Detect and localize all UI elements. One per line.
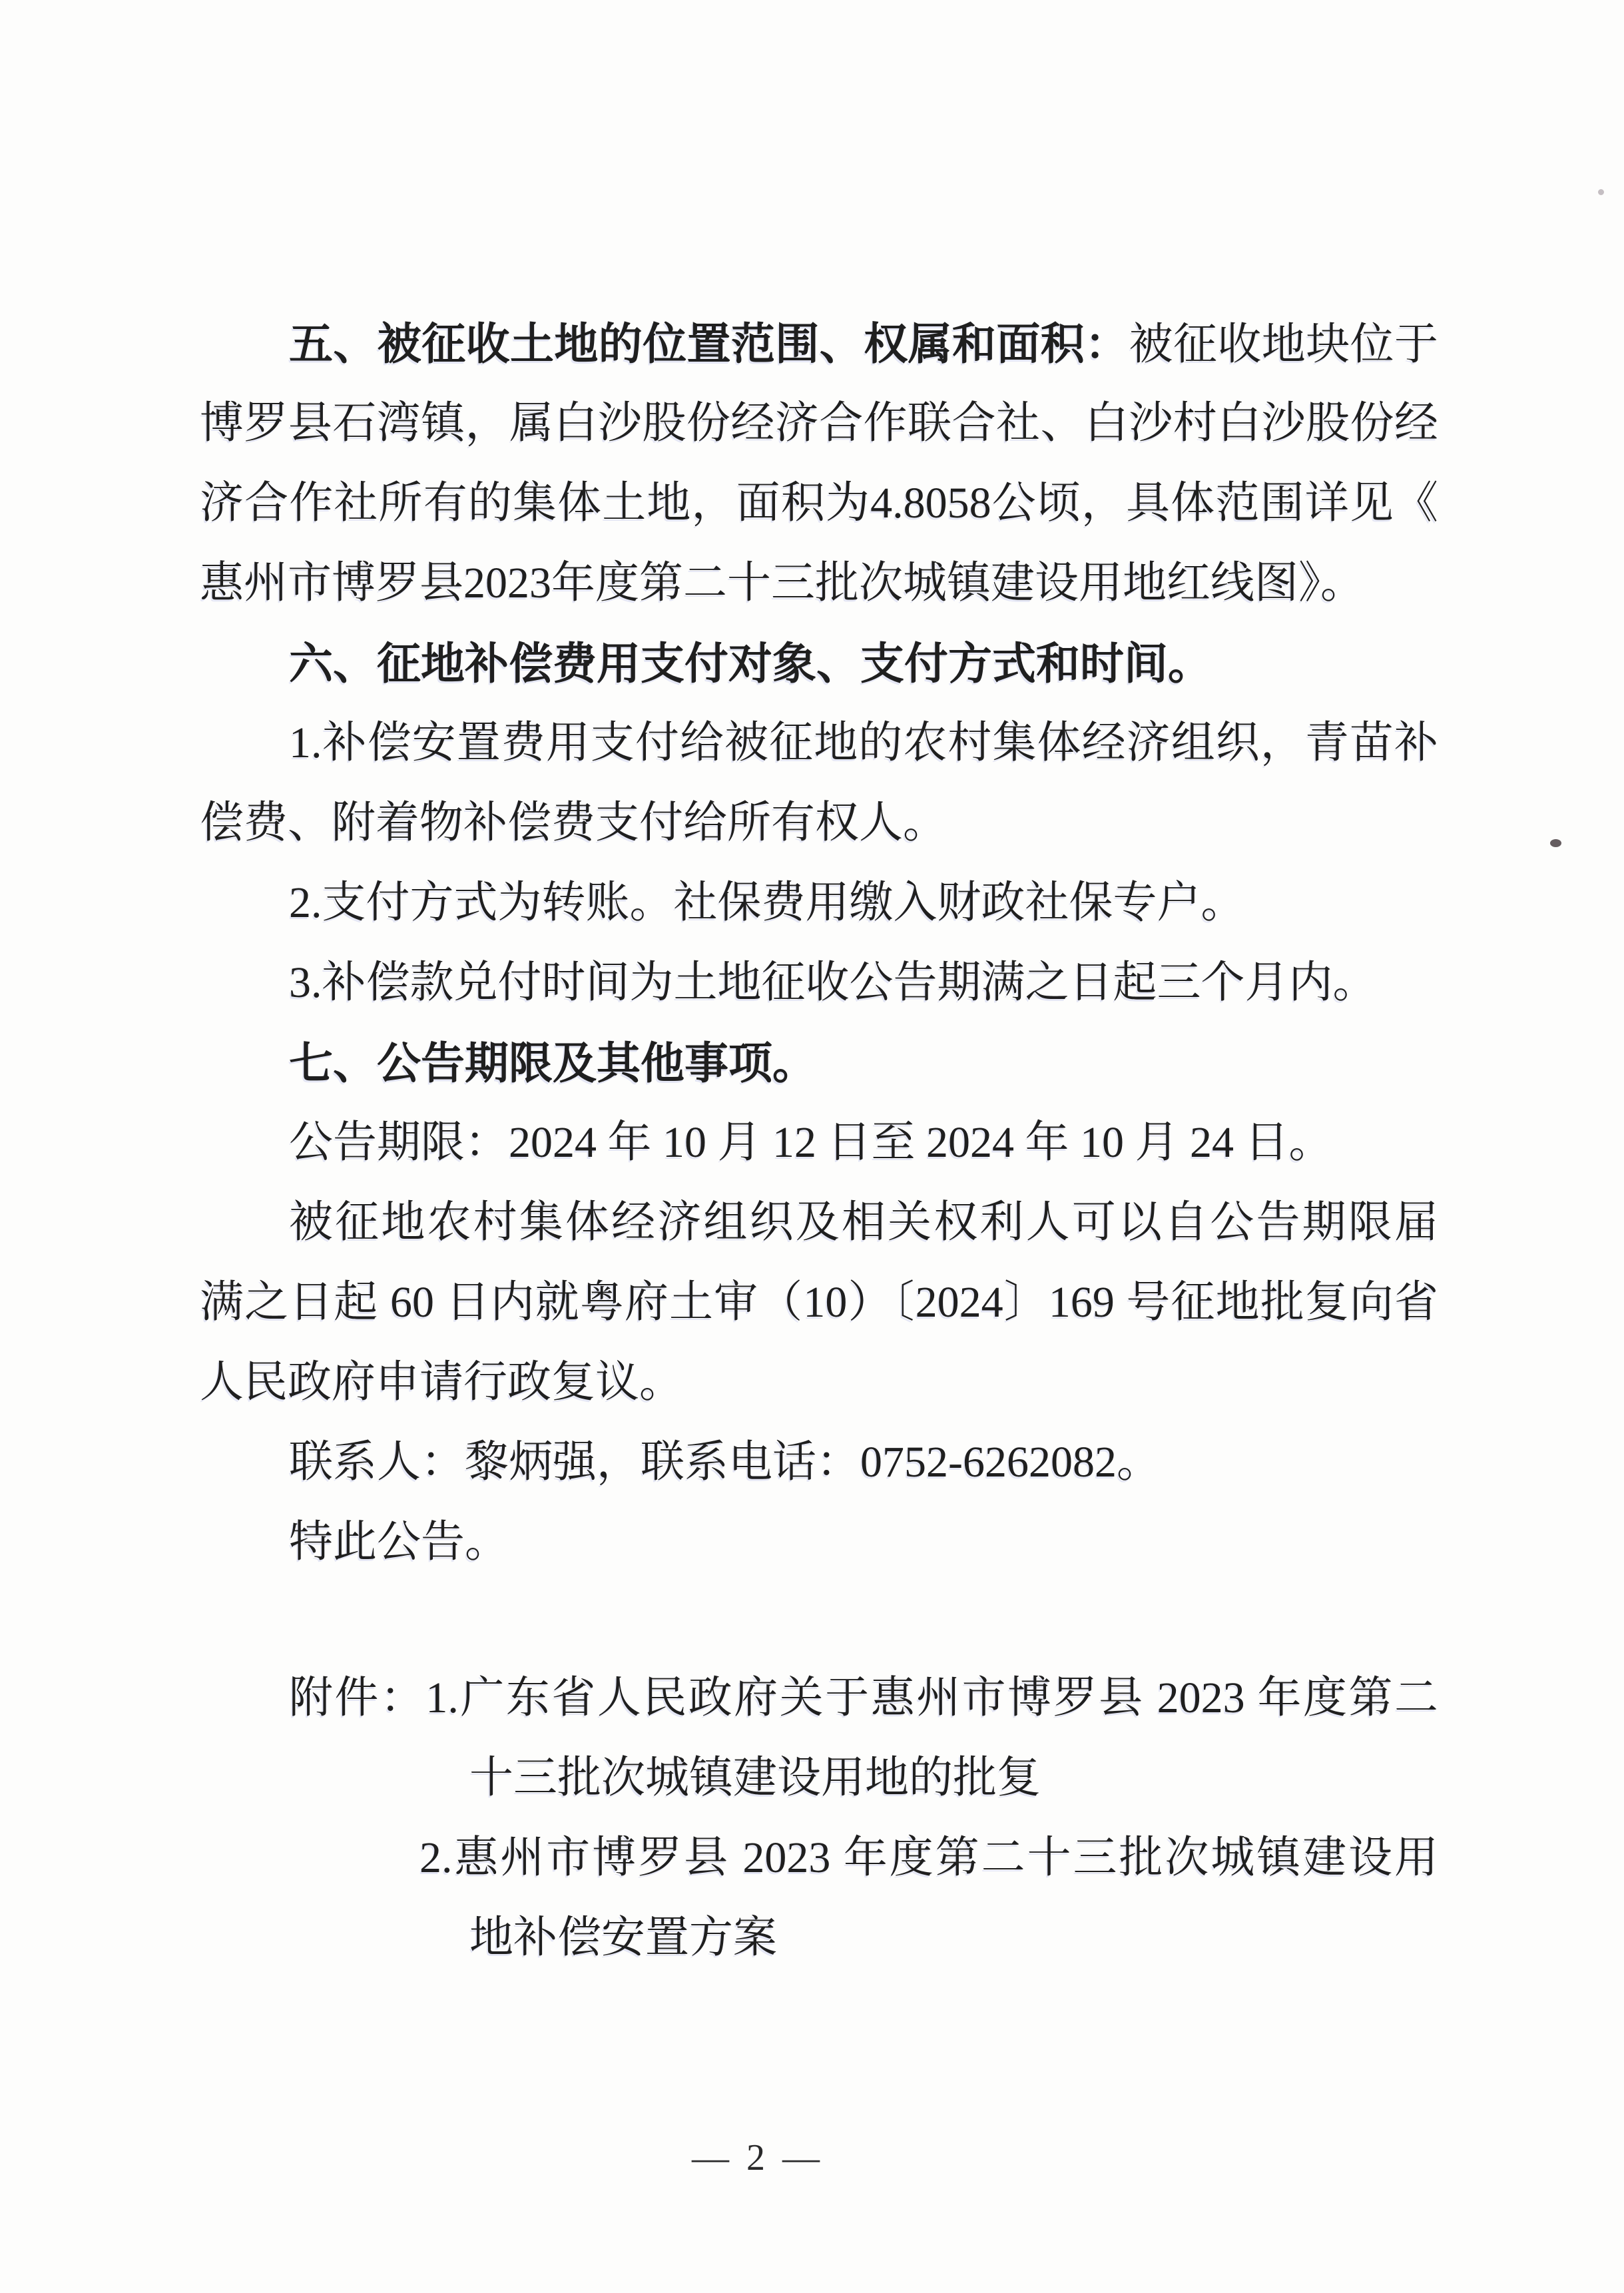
closing-line: 特此公告。: [200, 1502, 1438, 1582]
body-line-item-1: 1.补偿安置费用支付给被征地的农村集体经济组织，青苗补: [200, 703, 1438, 783]
body-line: 济合作社所有的集体土地，面积为4.8058公顷，具体范围详见《: [200, 464, 1438, 543]
section-5-body-start: 被征收地块位于: [1129, 320, 1438, 369]
body-line: 惠州市博罗县2023年度第二十三批次城镇建设用地红线图》。: [200, 543, 1438, 623]
section-7-heading-line: 七、公告期限及其他事项。: [200, 1023, 1438, 1103]
body-line-item-3: 3.补偿款兑付时间为土地征收公告期满之日起三个月内。: [200, 943, 1438, 1023]
page-number: — 2 —: [625, 2136, 891, 2179]
scan-speck: [1598, 189, 1604, 195]
document-page: 五、被征收土地的位置范围、权属和面积：被征收地块位于 博罗县石湾镇，属白沙股份经…: [0, 0, 1624, 2293]
contact-line: 联系人：黎炳强，联系电话：0752-6262082。: [200, 1423, 1438, 1502]
body-line: 被征地农村集体经济组织及相关权利人可以自公告期限届: [200, 1183, 1438, 1263]
notice-period-line: 公告期限：2024 年 10 月 12 日至 2024 年 10 月 24 日。: [200, 1103, 1438, 1183]
section-6-title: 六、征地补偿费用支付对象、支付方式和时间。: [289, 639, 1212, 688]
scan-speck: [1550, 839, 1561, 847]
attachments-block: 附件：1.广东省人民政府关于惠州市博罗县 2023 年度第二 十三批次城镇建设用…: [200, 1658, 1438, 1978]
attachment-1-continued: 十三批次城镇建设用地的批复: [200, 1738, 1438, 1818]
body-line-item-2: 2.支付方式为转账。社保费用缴入财政社保专户。: [200, 863, 1438, 943]
body-line: 偿费、附着物补偿费支付给所有权人。: [200, 783, 1438, 863]
body-line: 人民政府申请行政复议。: [200, 1343, 1438, 1423]
attachment-2-line: 2.惠州市博罗县 2023 年度第二十三批次城镇建设用: [200, 1818, 1438, 1898]
document-body: 五、被征收土地的位置范围、权属和面积：被征收地块位于 博罗县石湾镇，属白沙股份经…: [200, 304, 1438, 1582]
section-6-heading-line: 六、征地补偿费用支付对象、支付方式和时间。: [200, 623, 1438, 703]
attachment-1-line: 附件：1.广东省人民政府关于惠州市博罗县 2023 年度第二: [200, 1658, 1438, 1738]
section-7-title: 七、公告期限及其他事项。: [289, 1038, 816, 1088]
section-5-title: 五、被征收土地的位置范围、权属和面积：: [289, 319, 1129, 368]
body-line: 博罗县石湾镇，属白沙股份经济合作联合社、白沙村白沙股份经: [200, 384, 1438, 464]
body-line: 满之日起 60 日内就粤府土审（10）〔2024〕169 号征地批复向省: [200, 1263, 1438, 1343]
attachment-2-continued: 地补偿安置方案: [200, 1898, 1438, 1978]
section-5-heading-line: 五、被征收土地的位置范围、权属和面积：被征收地块位于: [200, 304, 1438, 384]
